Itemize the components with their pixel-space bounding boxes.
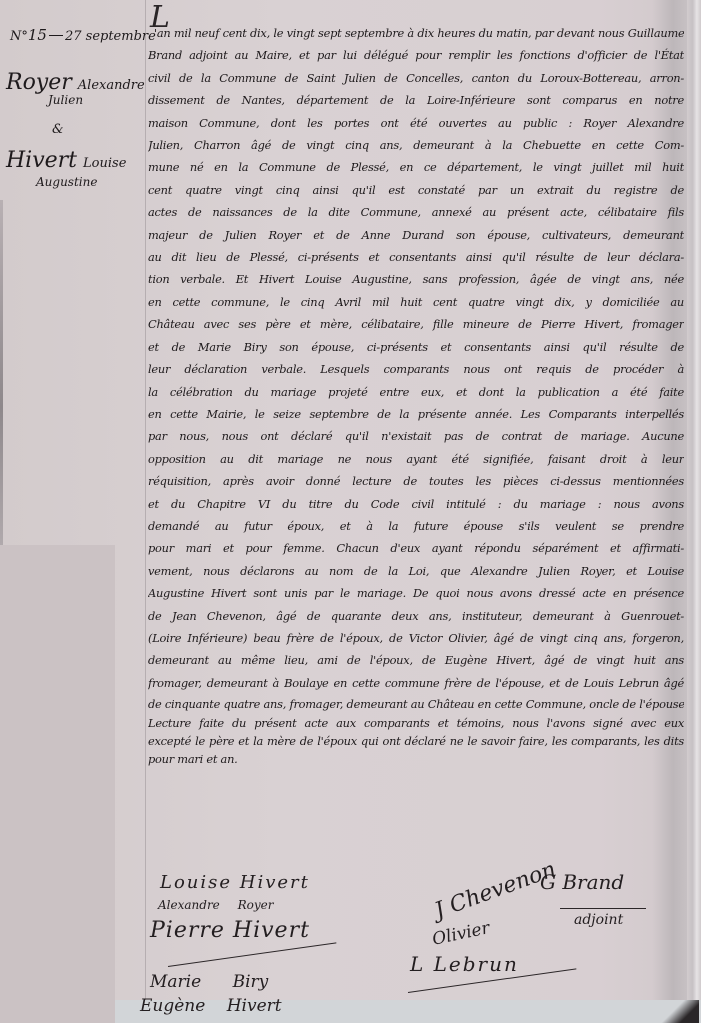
- text-line: vement, nous déclarons au nom de la Loi,…: [148, 560, 684, 582]
- text-line: Augustine Hivert sont unis par le mariag…: [148, 582, 684, 604]
- groom-name-block: RoyerAlexandre Julien: [6, 70, 145, 107]
- text-line: et de Marie Biry son épouse, ci-présents…: [148, 336, 684, 358]
- bride-second-given-name: Augustine: [36, 175, 126, 189]
- page-left-edge-shadow: [0, 200, 3, 545]
- groom-given-name: Alexandre: [78, 78, 145, 93]
- text-line: au dit lieu de Plessé, ci-présents et co…: [148, 246, 684, 268]
- text-line: actes de naissances de la dite Commune, …: [148, 201, 684, 223]
- text-line: demeurant au même lieu, ami de l'époux, …: [148, 649, 684, 671]
- signature-bride-mother: Marie Biry: [150, 972, 268, 992]
- signature-flourish: [168, 942, 336, 967]
- text-line: pour mari et an.: [148, 750, 684, 768]
- text-line: Château avec ses père et mère, célibatai…: [148, 313, 684, 335]
- text-line: cent quatre vingt cinq ainsi qu'il est c…: [148, 179, 684, 201]
- record-number-prefix: N°: [10, 29, 28, 44]
- text-line: opposition au dit mariage ne nous ayant …: [148, 448, 684, 470]
- signature-flourish: [560, 908, 646, 909]
- text-line: tion verbale. Et Hivert Louise Augustine…: [148, 268, 684, 290]
- text-line: par nous, nous ont déclaré qu'il n'exist…: [148, 425, 684, 447]
- text-line: leur déclaration verbale. Lesquels compa…: [148, 358, 684, 380]
- text-line: (Loire Inférieure) beau frère de l'époux…: [148, 627, 684, 649]
- bride-given-name: Louise: [83, 156, 126, 171]
- text-line: demandé au futur époux, et à la future é…: [148, 515, 684, 537]
- text-line: Julien, Charron âgé de vingt cinq ans, d…: [148, 134, 684, 156]
- signature-officiant: G Brand: [540, 870, 624, 894]
- marriage-act-text: 'an mil neuf cent dix, le vingt sept sep…: [148, 22, 684, 768]
- text-line: en cette Mairie, le seize septembre de l…: [148, 403, 684, 425]
- text-line: majeur de Julien Royer et de Anne Durand…: [148, 224, 684, 246]
- groom-surname: Royer: [6, 70, 72, 95]
- officiant-title: adjoint: [574, 912, 623, 928]
- bride-name-block: HivertLouise Augustine: [6, 148, 126, 189]
- text-line: et du Chapitre VI du titre du Code civil…: [148, 493, 684, 515]
- text-line: civil de la Commune de Saint Julien de C…: [148, 67, 684, 89]
- text-line: Brand adjoint au Maire, et par lui délég…: [148, 44, 684, 66]
- bride-surname: Hivert: [6, 148, 77, 173]
- signature-bride: Louise Hivert: [160, 872, 310, 893]
- signature-eugene-hivert: Eugène Hivert: [140, 996, 282, 1016]
- text-line: la célébration du mariage projeté entre …: [148, 381, 684, 403]
- text-line: fromager, demeurant à Boulaye en cette c…: [148, 672, 684, 694]
- signature-bride-father: Pierre Hivert: [150, 918, 310, 943]
- record-number-value: 15: [28, 26, 47, 44]
- signature-block: Louise Hivert Alexandre Royer Pierre Hiv…: [0, 860, 701, 1023]
- record-date: 27 septembre: [65, 29, 156, 44]
- text-line: en cette commune, le cinq Avril mil huit…: [148, 291, 684, 313]
- margin-ampersand: &: [52, 122, 64, 137]
- text-line: mune né en la Commune de Plessé, en ce d…: [148, 156, 684, 178]
- text-line: 'an mil neuf cent dix, le vingt sept sep…: [148, 22, 684, 44]
- signature-witness-lebrun: L Lebrun: [410, 952, 519, 976]
- record-number: N°1527 septembre: [10, 26, 156, 44]
- text-line: réquisition, après avoir donné lecture d…: [148, 470, 684, 492]
- record-number-dash: [49, 35, 63, 36]
- text-line: excepté le père et la mère de l'époux qu…: [148, 732, 684, 750]
- text-line: pour mari et pour femme. Chacun d'eux ay…: [148, 537, 684, 559]
- text-line: Lecture faite du présent acte aux compar…: [148, 714, 684, 732]
- text-line: maison Commune, dont les portes ont été …: [148, 112, 684, 134]
- text-line: de Jean Chevenon, âgé de quarante deux a…: [148, 605, 684, 627]
- text-line: de cinquante quatre ans, fromager, demeu…: [148, 694, 684, 714]
- text-line: dissement de Nantes, département de la L…: [148, 89, 684, 111]
- signature-groom: Alexandre Royer: [158, 898, 273, 912]
- groom-second-given-name: Julien: [48, 93, 145, 107]
